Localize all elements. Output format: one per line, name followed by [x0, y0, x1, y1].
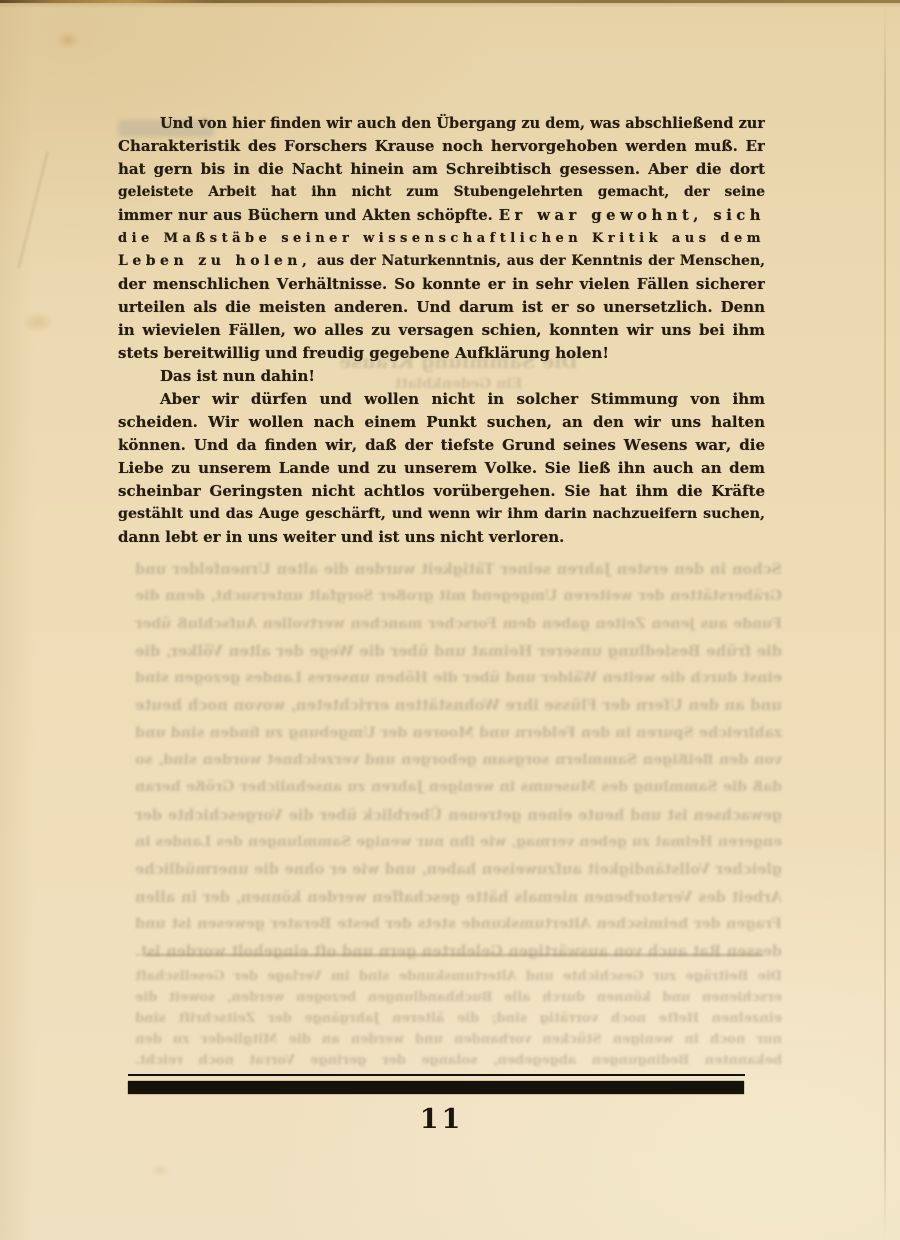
- showthrough-line: Gräberstätten der weiteren Umgegend mit …: [135, 583, 782, 610]
- showthrough-line: zahlreiche Spuren in den Feldern und Moo…: [135, 720, 782, 747]
- text-segment: in wievielen Fällen, wo alles zu versage…: [118, 321, 765, 342]
- page-number: 11: [118, 1104, 765, 1135]
- text-line: dann lebt er in uns weiter und ist uns n…: [118, 526, 765, 549]
- text-line: scheinbar Geringsten nicht achtlos vorüb…: [118, 480, 765, 503]
- showthrough-rule: [145, 954, 763, 956]
- showthrough-line: von den fleißigen Sammlern sorgsam gebor…: [135, 747, 782, 774]
- text-line: Aber wir dürfen und wollen nicht in solc…: [118, 388, 765, 411]
- showthrough-line: und an den Ufern der Flüsse ihre Wohnstä…: [135, 692, 782, 719]
- showthrough-footnote-block: Die Beiträge zur Geschichte und Altertum…: [135, 966, 782, 1071]
- text-segment: Charakteristik des Forschers Krause noch…: [118, 137, 765, 155]
- scanned-book-page: Die Sammlung Krause Ein Gedenkblatt Scho…: [0, 0, 900, 1240]
- text-line: scheiden. Wir wollen nach einem Punkt su…: [118, 411, 765, 434]
- text-line: Charakteristik des Forschers Krause noch…: [118, 135, 765, 158]
- text-segment: urteilen als die meisten anderen. Und da…: [118, 298, 765, 316]
- text-segment: der menschlichen Verhältnisse. So konnte…: [118, 275, 765, 293]
- text-line: die Maßstäbe seiner wissenschaftlichen K…: [118, 227, 765, 250]
- text-segment: scheinbar Geringsten nicht achtlos vorüb…: [118, 482, 765, 500]
- text-line: geleistete Arbeit hat ihn nicht zum Stub…: [118, 181, 765, 204]
- showthrough-line: dessen Rat auch von auswärtigen Gelehrte…: [135, 938, 782, 965]
- showthrough-line: nur noch in wenigen Stücken vorhanden un…: [135, 1029, 782, 1050]
- text-segment: aus der Naturkenntnis, aus der Kenntnis …: [311, 253, 765, 269]
- text-line: gestählt und das Auge geschärft, und wen…: [118, 503, 765, 526]
- showthrough-line: gleicher Vollständigkeit aufzuweisen hab…: [135, 856, 782, 883]
- text-line: urteilen als die meisten anderen. Und da…: [118, 296, 765, 319]
- text-segment: Und von hier finden wir auch den Übergan…: [160, 115, 765, 132]
- showthrough-line: bekannten Bedingungen abgegeben, solange…: [135, 1050, 782, 1071]
- text-line: können. Und da finden wir, daß der tiefs…: [118, 434, 765, 457]
- text-line: Liebe zu unserem Lande und zu unserem Vo…: [118, 457, 765, 480]
- text-segment: immer nur aus Büchern und Akten schöpfte…: [118, 207, 499, 224]
- showthrough-line: erschienen und können durch alle Buchhan…: [135, 987, 782, 1008]
- showthrough-line: engeren Heimat zu geben vermag, wie ihn …: [135, 829, 782, 856]
- text-segment: gestählt und das Auge geschärft, und wen…: [118, 506, 765, 522]
- showthrough-text-block: Schon in den ersten Jahren seiner Tätigk…: [135, 556, 782, 965]
- text-segment: dann lebt er in uns weiter und ist uns n…: [118, 528, 564, 546]
- text-line: Leben zu holen, aus der Naturkenntnis, a…: [118, 250, 765, 273]
- letterspaced-text-segment: Leben zu holen,: [118, 253, 311, 269]
- text-line: in wievielen Fällen, wo alles zu versage…: [118, 319, 765, 342]
- text-line: der menschlichen Verhältnisse. So konnte…: [118, 273, 765, 296]
- showthrough-line: Fragen der heimischen Altertumskunde ste…: [135, 911, 782, 938]
- showthrough-line: Funde aus jenen Zeiten gaben dem Forsche…: [135, 611, 782, 638]
- showthrough-line: die frühe Besiedlung unserer Heimat und …: [135, 638, 782, 665]
- text-line: immer nur aus Büchern und Akten schöpfte…: [118, 204, 765, 227]
- text-segment: hat gern bis in die Nacht hinein am Schr…: [118, 160, 765, 178]
- letterspaced-text-segment: Er war gewohnt, sich: [499, 207, 765, 224]
- showthrough-line: Die Beiträge zur Geschichte und Altertum…: [135, 966, 782, 987]
- footer-rule-thick: [128, 1081, 744, 1094]
- text-line: Das ist nun dahin!: [118, 365, 765, 388]
- text-segment: stets bereitwillig und freudig gegebene …: [118, 344, 609, 362]
- scan-top-shadow: [0, 3, 900, 8]
- showthrough-line: einst durch die weiten Wälder und über d…: [135, 665, 782, 692]
- showthrough-line: daß die Sammlung des Museums in wenigen …: [135, 774, 782, 801]
- letterspaced-text-segment: die Maßstäbe seiner wissenschaftlichen K…: [118, 231, 765, 246]
- footer-rule-thin: [128, 1074, 745, 1076]
- body-text-block: Und von hier finden wir auch den Übergan…: [118, 112, 765, 549]
- text-segment: scheiden. Wir wollen nach einem Punkt su…: [118, 413, 765, 431]
- text-segment: Das ist nun dahin!: [160, 367, 315, 385]
- text-line: Und von hier finden wir auch den Übergan…: [118, 112, 765, 135]
- showthrough-line: Arbeit des Verstorbenen niemals hätte ge…: [135, 884, 782, 911]
- text-segment: können. Und da finden wir, daß der tiefs…: [118, 436, 765, 454]
- showthrough-line: Schon in den ersten Jahren seiner Tätigk…: [135, 556, 782, 583]
- text-segment: geleistete Arbeit hat ihn nicht zum Stub…: [118, 184, 765, 204]
- paper-crease: [18, 152, 49, 269]
- text-segment: Aber wir dürfen und wollen nicht in solc…: [160, 390, 765, 408]
- text-segment: Liebe zu unserem Lande und zu unserem Vo…: [118, 459, 765, 477]
- text-line: hat gern bis in die Nacht hinein am Schr…: [118, 158, 765, 181]
- showthrough-line: einzelnen Hefte noch vorrätig sind; die …: [135, 1008, 782, 1029]
- text-line: stets bereitwillig und freudig gegebene …: [118, 342, 765, 365]
- showthrough-line: gewachsen ist und heute einen getreuen Ü…: [135, 802, 782, 829]
- page-edge-crease: [884, 0, 886, 1240]
